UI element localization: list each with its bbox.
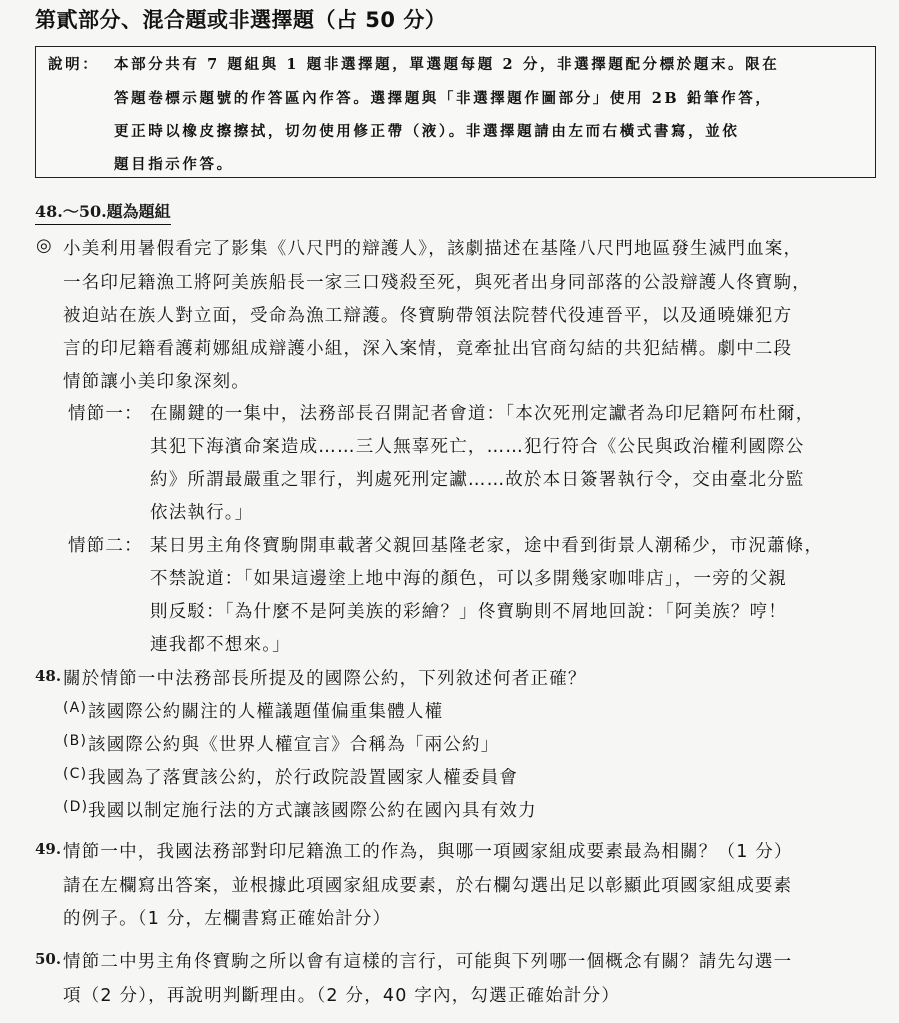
passage-line: 小美利用暑假看完了影集《八尺門的辯護人》，該劇描述在基隆八尺門地區發生滅門血案，: [63, 235, 802, 260]
passage-line: 被迫站在族人對立面，受命為漁工辯護。佟寶駒帶領法院替代役連晉平，以及通曉嫌犯方: [63, 302, 792, 327]
section-title: 第貳部分、混合題或非選擇題（占 50 分）: [35, 4, 446, 34]
episode-line: 則反駁：「為什麼不是阿美族的彩繪？」佟寶駒則不屑地回說：「阿美族？哼！: [150, 598, 787, 623]
instructions-line: 本部分共有 7 題組與 1 題非選擇題，單選題每題 2 分，非選擇題配分標於題末…: [114, 53, 779, 74]
episode-label: 情節一：: [68, 400, 143, 425]
option-letter: (D): [63, 799, 88, 815]
episode-line: 某日男主角佟寶駒開車載著父親回基隆老家，途中看到街景人潮稀少，市況蕭條，: [150, 532, 823, 557]
passage-line: 一名印尼籍漁工將阿美族船長一家三口殘殺至死，與死者出身同部落的公設辯護人佟寶駒，: [63, 269, 811, 294]
episode-line: 連我都不想來。」: [150, 631, 291, 656]
episode-line: 在關鍵的一集中，法務部長召開記者會道：「本次死刑定讞者為印尼籍阿布杜爾，: [150, 400, 814, 425]
episode-line: 約》所謂最嚴重之罪行，判處死刑定讞……故於本日簽署執行令，交由臺北分監: [150, 466, 805, 491]
option-text: 該國際公約與《世界人權宣言》合稱為「兩公約」: [88, 731, 499, 756]
question-group-heading: 48.～50.題為題組: [35, 199, 171, 225]
option-text: 我國以制定施行法的方式讓該國際公約在國內具有效力: [88, 797, 537, 822]
option-letter: (A): [63, 700, 87, 716]
option-text: 我國為了落實該公約，於行政院設置國家人權委員會: [88, 764, 518, 789]
question-stem: 項（2 分），再說明判斷理由。（2 分，40 字內，勾選正確始計分）: [63, 982, 620, 1007]
instructions-line: 答題卷標示題號的作答區內作答。選擇題與「非選擇題作圖部分」使用 2B 鉛筆作答，: [114, 87, 772, 108]
episode-line: 依法執行。」: [150, 499, 253, 524]
question-stem: 的例子。（1 分，左欄書寫正確始計分）: [63, 905, 391, 930]
passage-line: 言的印尼籍看護莉娜組成辯護小組，深入案情，竟牽扯出官商勾結的共犯結構。劇中二段: [63, 335, 792, 360]
instructions-line: 題目指示作答。: [114, 153, 234, 174]
instructions-box: 說明： 本部分共有 7 題組與 1 題非選擇題，單選題每題 2 分，非選擇題配分…: [35, 46, 876, 178]
instructions-label: 說明：: [48, 53, 99, 74]
question-stem: 關於情節一中法務部長所提及的國際公約，下列敘述何者正確？: [63, 665, 587, 690]
question-stem: 情節一中，我國法務部對印尼籍漁工的作為，與哪一項國家組成要素最為相關？（1 分）: [63, 838, 793, 863]
question-number: 49.: [35, 840, 61, 858]
option-letter: (C): [63, 766, 87, 782]
option-letter: (B): [63, 733, 87, 749]
episode-line: 不禁說道：「如果這邊塗上地中海的顏色，可以多開幾家咖啡店」，一旁的父親: [150, 565, 787, 590]
passage-line: 情節讓小美印象深刻。: [63, 368, 250, 393]
episode-label: 情節二：: [68, 532, 143, 557]
option-text: 該國際公約關注的人權議題僅偏重集體人權: [88, 698, 443, 723]
question-stem: 情節二中男主角佟寶駒之所以會有這樣的言行，可能與下列哪一個概念有關？請先勾選一: [63, 948, 792, 973]
exam-page: 第貳部分、混合題或非選擇題（占 50 分） 說明： 本部分共有 7 題組與 1 …: [0, 0, 899, 1023]
question-stem: 請在左欄寫出答案，並根據此項國家組成要素，於右欄勾選出足以彰顯此項國家組成要素: [63, 872, 792, 897]
question-number: 50.: [35, 950, 61, 968]
instructions-line: 更正時以橡皮擦擦拭，切勿使用修正帶（液）。非選擇題請由左而右橫式書寫，並依: [114, 120, 739, 141]
episode-line: 其犯下海濱命案造成……三人無辜死亡，……犯行符合《公民與政治權利國際公: [150, 433, 805, 458]
double-circle-bullet-icon: ◎: [36, 235, 52, 256]
question-number: 48.: [35, 667, 61, 685]
